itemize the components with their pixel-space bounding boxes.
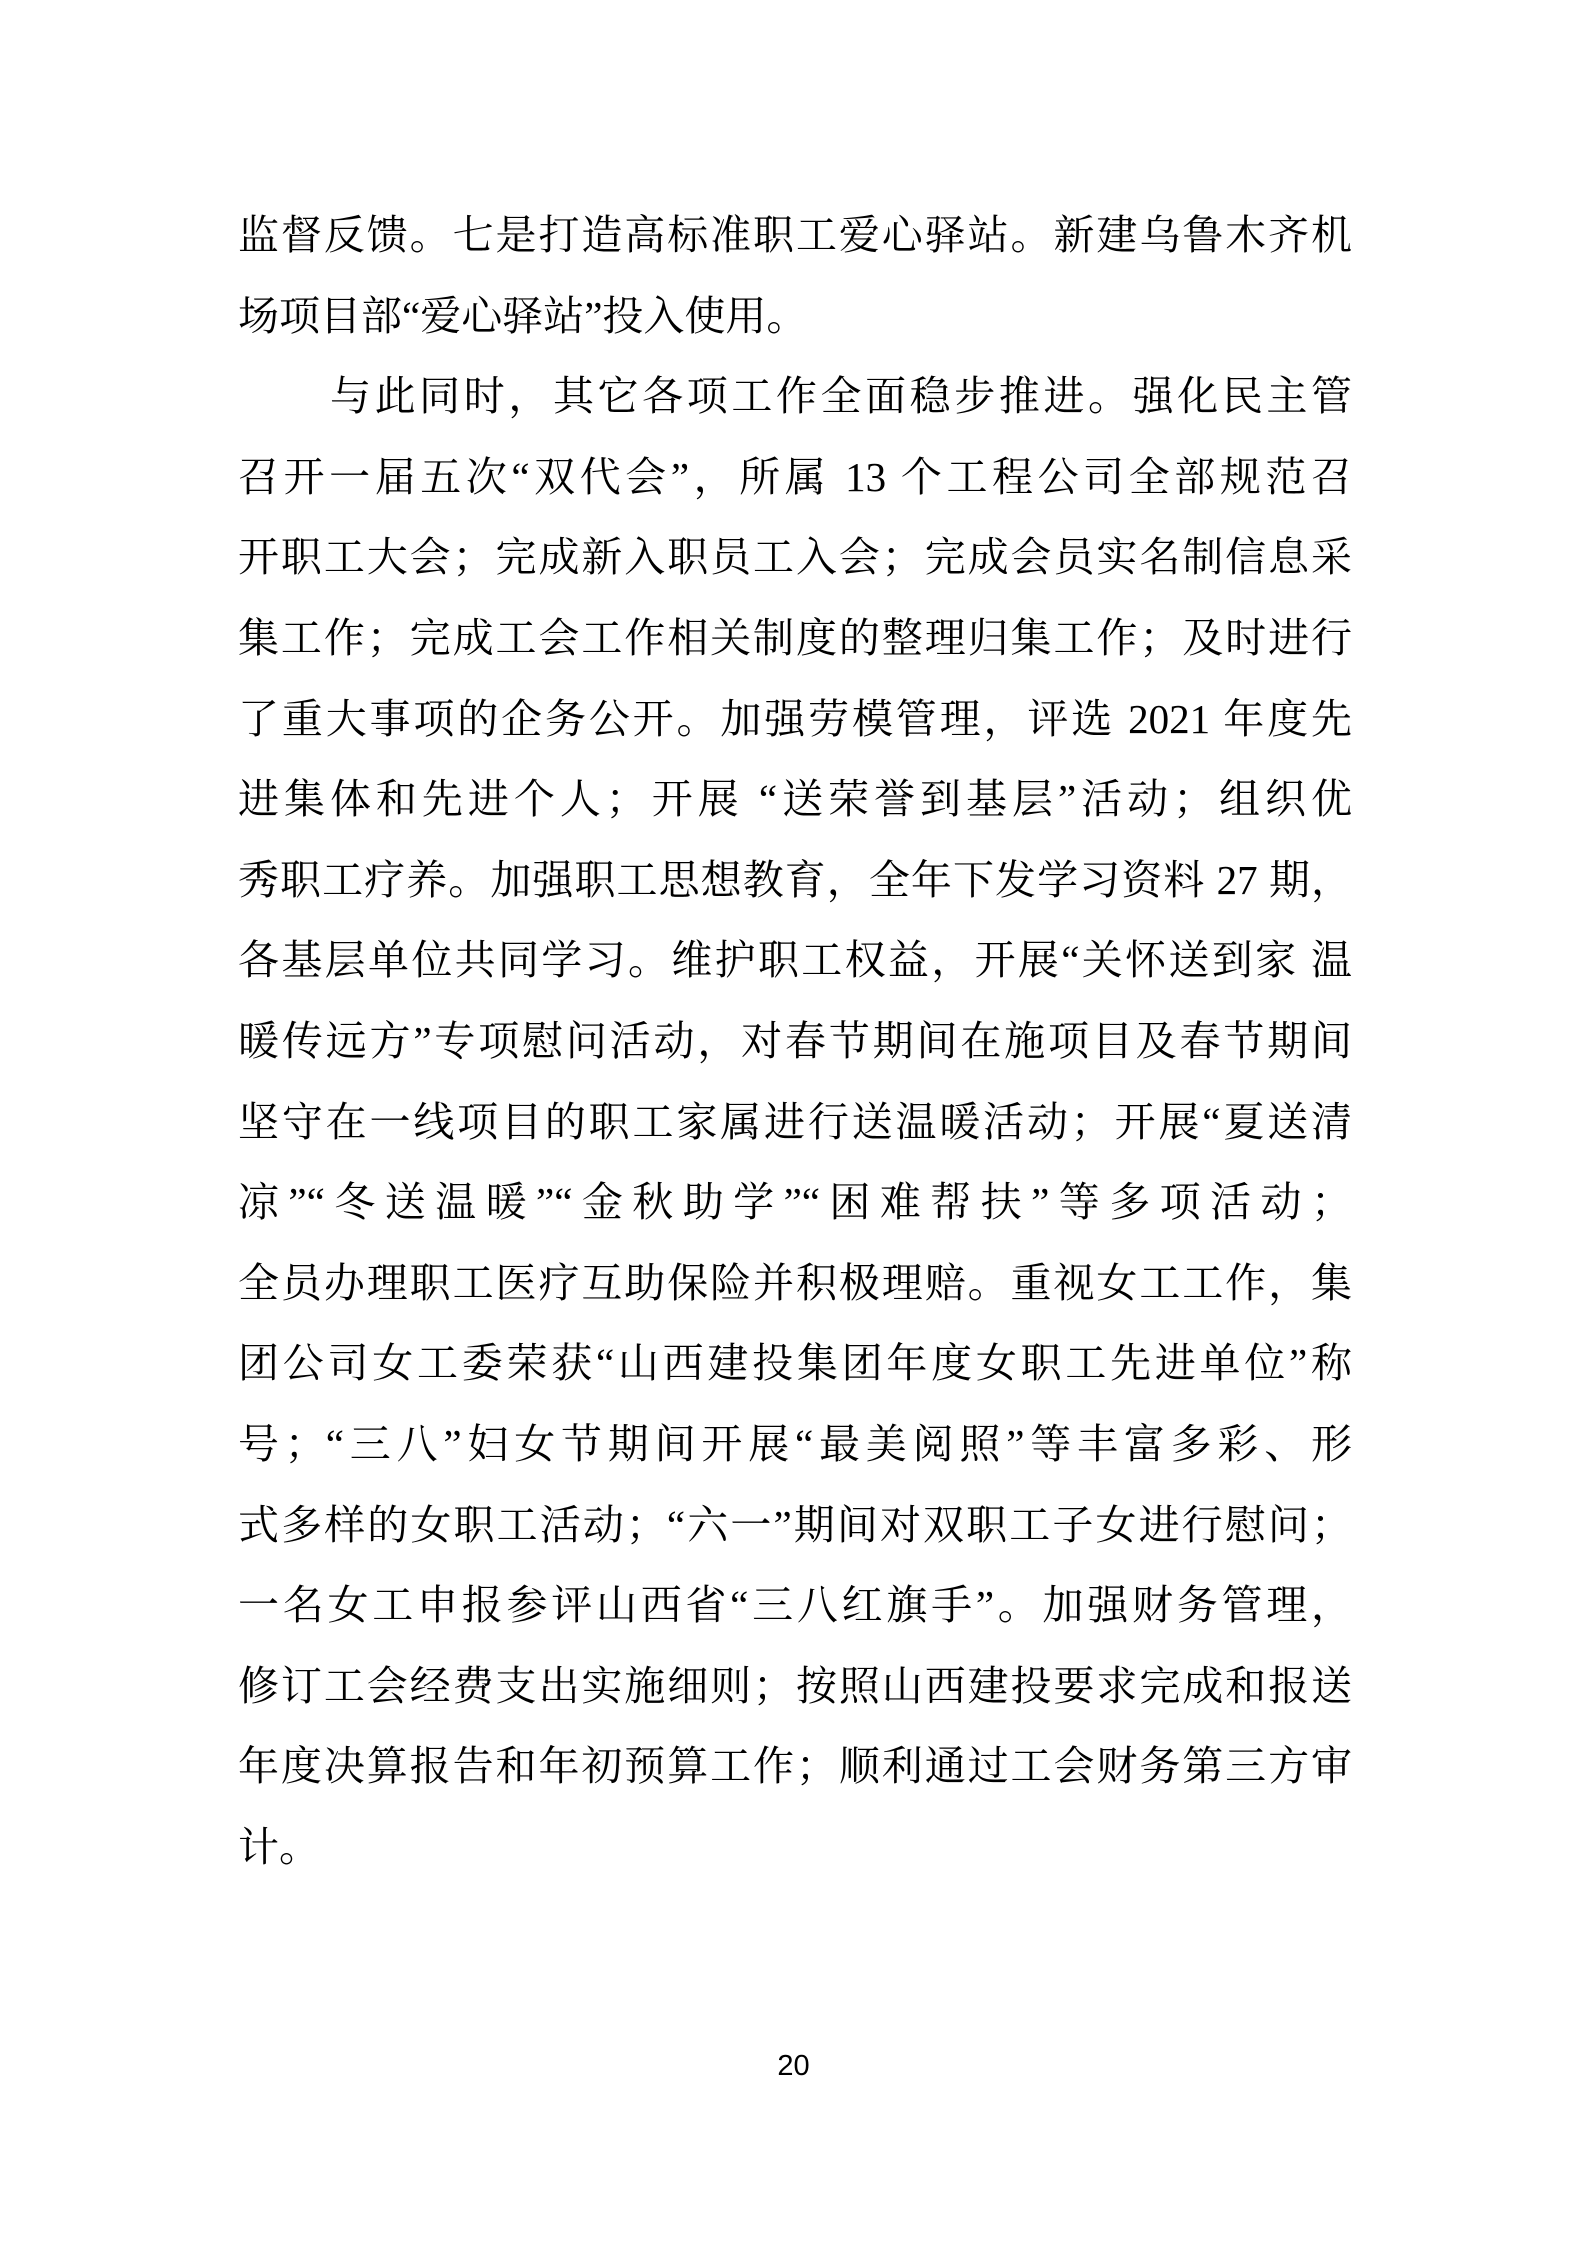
text-line: 了重大事项的企务公开。加强劳模管理，评选 2021 年度先 — [238, 679, 1352, 760]
text-line: 全员办理职工医疗互助保险并积极理赔。重视女工工作，集 — [238, 1243, 1352, 1324]
text-line: 秀职工疗养。加强职工思想教育，全年下发学习资料 27 期， — [238, 840, 1352, 921]
text-line: 计。 — [238, 1807, 1352, 1888]
text-line: 凉”“冬送温暖”“金秋助学”“困难帮扶”等多项活动； — [238, 1162, 1352, 1243]
page-number: 20 — [777, 2050, 809, 2082]
text-line: 团公司女工委荣获“山西建投集团年度女职工先进单位”称 — [238, 1323, 1352, 1404]
text-line: 场项目部“爱心驿站”投入使用。 — [238, 276, 1352, 357]
text-line: 坚守在一线项目的职工家属进行送温暖活动；开展“夏送清 — [238, 1082, 1352, 1163]
text-line: 各基层单位共同学习。维护职工权益，开展“关怀送到家 温 — [238, 920, 1352, 1001]
text-line: 一名女工申报参评山西省“三八红旗手”。加强财务管理， — [238, 1565, 1352, 1646]
document-body: 监督反馈。七是打造高标准职工爱心驿站。新建乌鲁木齐机 场项目部“爱心驿站”投入使… — [238, 195, 1352, 1887]
text-line: 修订工会经费支出实施细则；按照山西建投要求完成和报送 — [238, 1646, 1352, 1727]
text-line: 年度决算报告和年初预算工作；顺利通过工会财务第三方审 — [238, 1726, 1352, 1807]
text-line: 进集体和先进个人；开展 “送荣誉到基层”活动；组织优 — [238, 759, 1352, 840]
page-footer: 20 — [0, 2048, 1587, 2084]
document-page: 监督反馈。七是打造高标准职工爱心驿站。新建乌鲁木齐机 场项目部“爱心驿站”投入使… — [0, 0, 1587, 2245]
text-line: 监督反馈。七是打造高标准职工爱心驿站。新建乌鲁木齐机 — [238, 195, 1352, 276]
text-line: 号；“三八”妇女节期间开展“最美阅照”等丰富多彩、形 — [238, 1404, 1352, 1485]
text-line: 与此同时，其它各项工作全面稳步推进。强化民主管理， — [238, 356, 1352, 437]
text-line: 召开一届五次“双代会”，所属 13 个工程公司全部规范召 — [238, 437, 1352, 518]
text-line: 式多样的女职工活动；“六一”期间对双职工子女进行慰问； — [238, 1485, 1352, 1566]
text-line: 集工作；完成工会工作相关制度的整理归集工作；及时进行 — [238, 598, 1352, 679]
text-line: 开职工大会；完成新入职员工入会；完成会员实名制信息采 — [238, 517, 1352, 598]
text-line: 暖传远方”专项慰问活动，对春节期间在施项目及春节期间 — [238, 1001, 1352, 1082]
